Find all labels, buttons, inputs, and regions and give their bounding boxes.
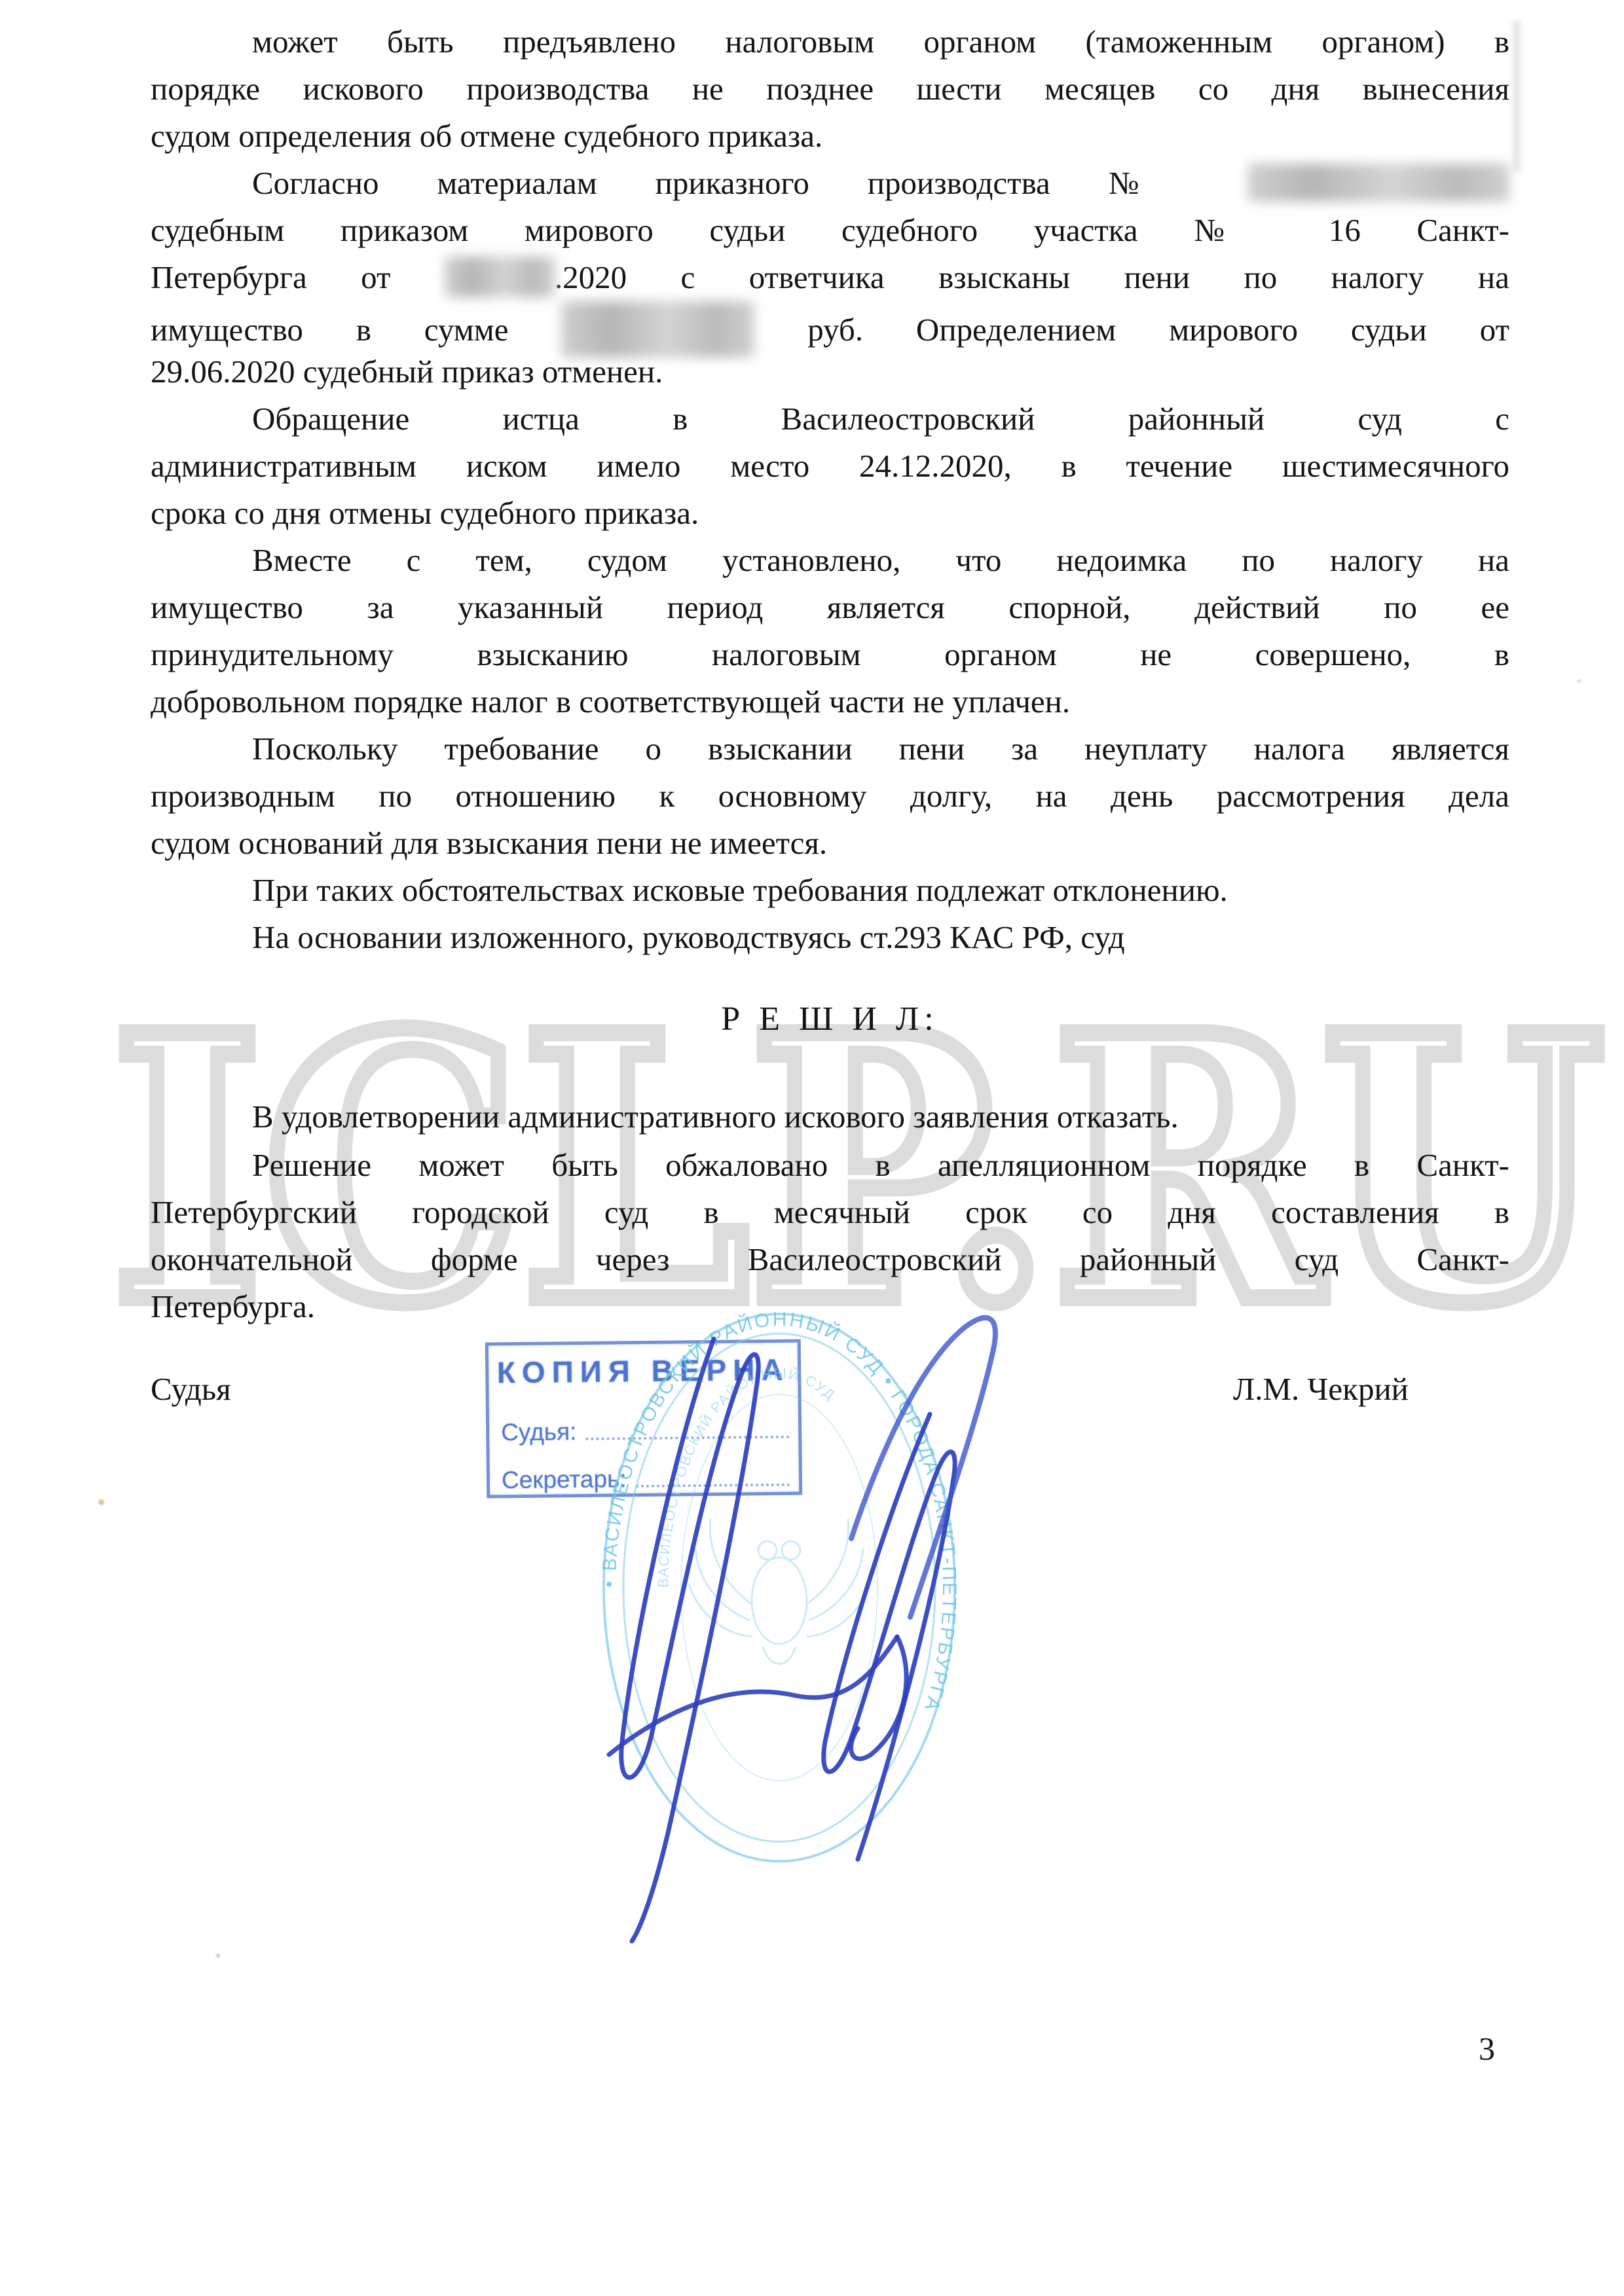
stamp-judge-label: Судья:	[501, 1418, 577, 1446]
text-line: имущество за указанный период является с…	[151, 584, 1509, 631]
stamp-secretary-line	[636, 1484, 790, 1487]
stamp-judge-line	[585, 1436, 789, 1440]
text-line: Петербургский городской суд в месячный с…	[151, 1189, 1509, 1236]
appeal-text: Решение может быть обжаловано в апелляци…	[151, 1142, 1509, 1330]
text-line: административным иском имело место 24.12…	[151, 443, 1509, 490]
scan-artifact	[1513, 21, 1521, 172]
body-text: может быть предъявлено налоговым органом…	[151, 18, 1509, 961]
redaction-blur	[561, 301, 754, 357]
text-line: окончательной форме через Василеостровск…	[151, 1236, 1509, 1283]
text-fragment: Петербурга от	[151, 259, 390, 295]
text-line: порядке искового производства не позднее…	[151, 65, 1509, 113]
text-line: может быть предъявлено налоговым органом…	[151, 18, 1509, 65]
scan-speck	[216, 1954, 220, 1958]
text-line: Вместе с тем, судом установлено, что нед…	[151, 537, 1509, 584]
text-line: Согласно материалам приказного производс…	[151, 160, 1509, 207]
text-fragment: имущество в сумме	[151, 312, 508, 348]
text-line: принудительному взысканию налоговым орга…	[151, 631, 1509, 678]
text-line: На основании изложенного, руководствуясь…	[151, 914, 1509, 961]
scanned-court-decision-page: ICLP.RU может быть предъявлено налоговым…	[0, 0, 1624, 2296]
text-fragment: руб. Определением мирового судьи от	[807, 312, 1509, 348]
decision-heading: Р Е Ш И Л:	[151, 996, 1509, 1043]
redaction-blur	[445, 257, 555, 297]
scan-speck	[1577, 680, 1581, 683]
resolution-text: В удовлетворении административного исков…	[151, 1093, 1509, 1140]
judge-name: Л.М. Чекрий	[1233, 1366, 1409, 1413]
text-line: судебным приказом мирового судьи судебно…	[151, 207, 1509, 254]
text-line: Решение может быть обжаловано в апелляци…	[151, 1142, 1509, 1189]
text-fragment: Согласно материалам приказного производс…	[252, 165, 1189, 201]
stamp-title: КОПИЯ ВЕРНА	[489, 1352, 798, 1391]
text-line: производным по отношению к основному дол…	[151, 773, 1509, 820]
text-line: Поскольку требование о взыскании пени за…	[151, 725, 1509, 773]
stamp-secretary-label: Секретарь:	[502, 1465, 627, 1494]
text-line: В удовлетворении административного исков…	[151, 1093, 1509, 1140]
page-number: 3	[1479, 2030, 1495, 2068]
stamp-judge-row: Судья:	[501, 1416, 789, 1447]
redaction-blur	[1247, 164, 1509, 202]
text-line: Обращение истца в Василеостровский район…	[151, 395, 1509, 443]
decision-heading-block: Р Е Ш И Л:	[151, 996, 1509, 1043]
copy-certification-stamp: КОПИЯ ВЕРНА Судья: Секретарь:	[485, 1339, 802, 1498]
seal-emblem	[689, 1519, 870, 1664]
text-line: Петербурга от .2020 с ответчика взысканы…	[151, 254, 1509, 301]
stamp-secretary-row: Секретарь:	[502, 1464, 790, 1495]
text-line: имущество в сумме руб. Определением миро…	[151, 301, 1509, 348]
text-line: При таких обстоятельствах исковые требов…	[151, 867, 1509, 914]
scan-speck	[98, 1499, 104, 1505]
judge-label: Судья	[151, 1366, 231, 1413]
text-fragment: .2020 с ответчика взысканы пени по налог…	[555, 259, 1509, 295]
